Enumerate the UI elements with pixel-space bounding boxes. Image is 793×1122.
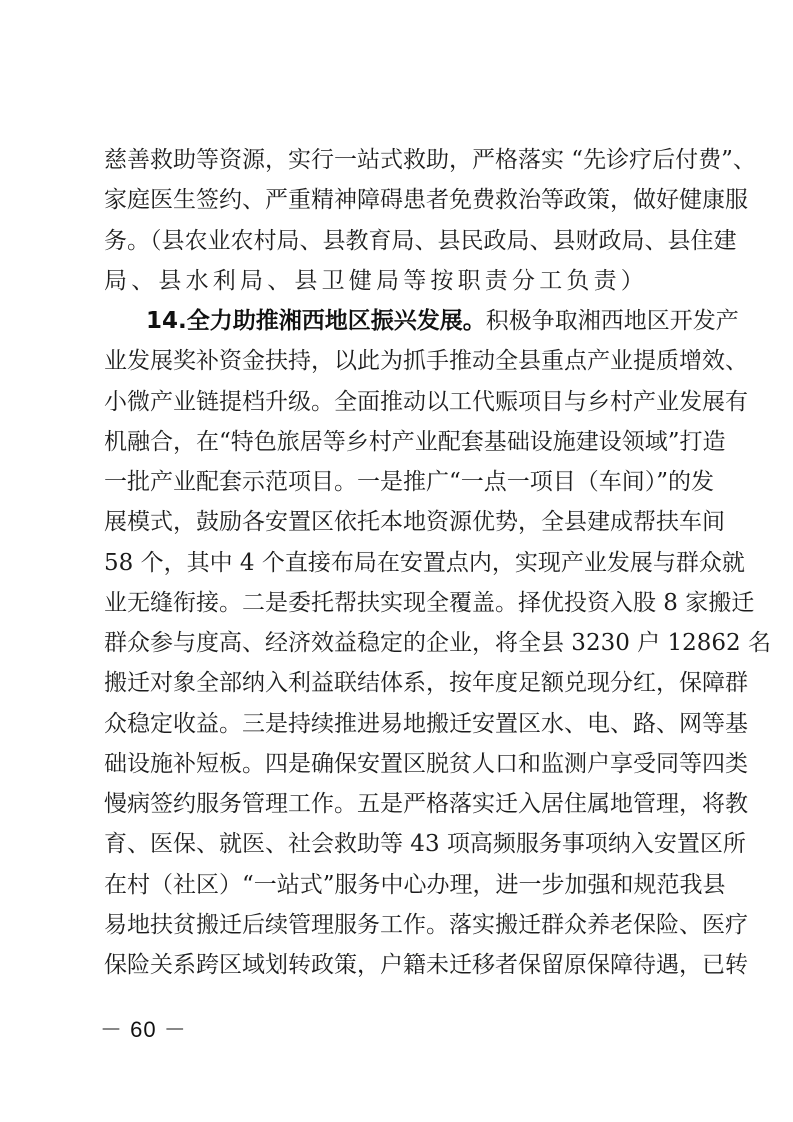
paragraph-line: 业无缝衔接。二是委托帮扶实现全覆盖。择优投资入股 8 家搬迁 — [104, 583, 690, 623]
paragraph-line: 众稳定收益。三是持续推进易地搬迁安置区水、电、路、网等基 — [104, 704, 690, 744]
paragraph-line: 搬迁对象全部纳入利益联结体系，按年度足额兑现分红，保障群 — [104, 663, 690, 703]
page-number: － 60 － — [100, 1013, 187, 1044]
paragraph-line: 小微产业链提档升级。全面推动以工代赈项目与乡村产业发展有 — [104, 382, 690, 422]
section-heading-rest: 积极争取湘西地区开发产 — [486, 308, 739, 334]
paragraph-line: 务。（县农业农村局、县教育局、县民政局、县财政局、县住建 — [104, 221, 690, 261]
section-heading-line: 14.全力助推湘西地区振兴发展。积极争取湘西地区开发产 — [104, 301, 690, 341]
paragraph-line: 群众参与度高、经济效益稳定的企业，将全县 3230 户 12862 名 — [104, 623, 690, 663]
paragraph-line: 一批产业配套示范项目。一是推广“一点一项目（车间）”的发 — [104, 462, 690, 502]
document-page: 慈善救助等资源，实行一站式救助，严格落实 “先诊疗后付费”、 家庭医生签约、严重… — [0, 0, 793, 1122]
paragraph-line: 慢病签约服务管理工作。五是严格落实迁入居住属地管理，将教 — [104, 784, 690, 824]
paragraph-line: 保险关系跨区域划转政策，户籍未迁移者保留原保障待遇，已转 — [104, 945, 690, 985]
paragraph-line: 慈善救助等资源，实行一站式救助，严格落实 “先诊疗后付费”、 — [104, 140, 690, 180]
paragraph-line: 育、医保、就医、社会救助等 43 项高频服务事项纳入安置区所 — [104, 824, 690, 864]
paragraph-line: 展模式，鼓励各安置区依托本地资源优势，全县建成帮扶车间 — [104, 502, 690, 542]
document-body: 慈善救助等资源，实行一站式救助，严格落实 “先诊疗后付费”、 家庭医生签约、严重… — [104, 140, 704, 985]
paragraph-line: 在村（社区）“一站式”服务中心办理，进一步加强和规范我县 — [104, 865, 690, 905]
paragraph-line: 家庭医生签约、严重精神障碍患者免费救治等政策，做好健康服 — [104, 180, 690, 220]
paragraph-line: 础设施补短板。四是确保安置区脱贫人口和监测户享受同等四类 — [104, 744, 690, 784]
paragraph-line: 机融合，在“特色旅居等乡村产业配套基础设施建设领域”打造 — [104, 422, 690, 462]
paragraph-line: 业发展奖补资金扶持，以此为抓手推动全县重点产业提质增效、 — [104, 341, 690, 381]
paragraph-line: 58 个，其中 4 个直接布局在安置点内，实现产业发展与群众就 — [104, 543, 690, 583]
paragraph-line: 局、县水利局、县卫健局等按职责分工负责） — [104, 261, 704, 301]
paragraph-line: 易地扶贫搬迁后续管理服务工作。落实搬迁群众养老保险、医疗 — [104, 905, 690, 945]
section-heading: 14.全力助推湘西地区振兴发展。 — [146, 308, 486, 334]
